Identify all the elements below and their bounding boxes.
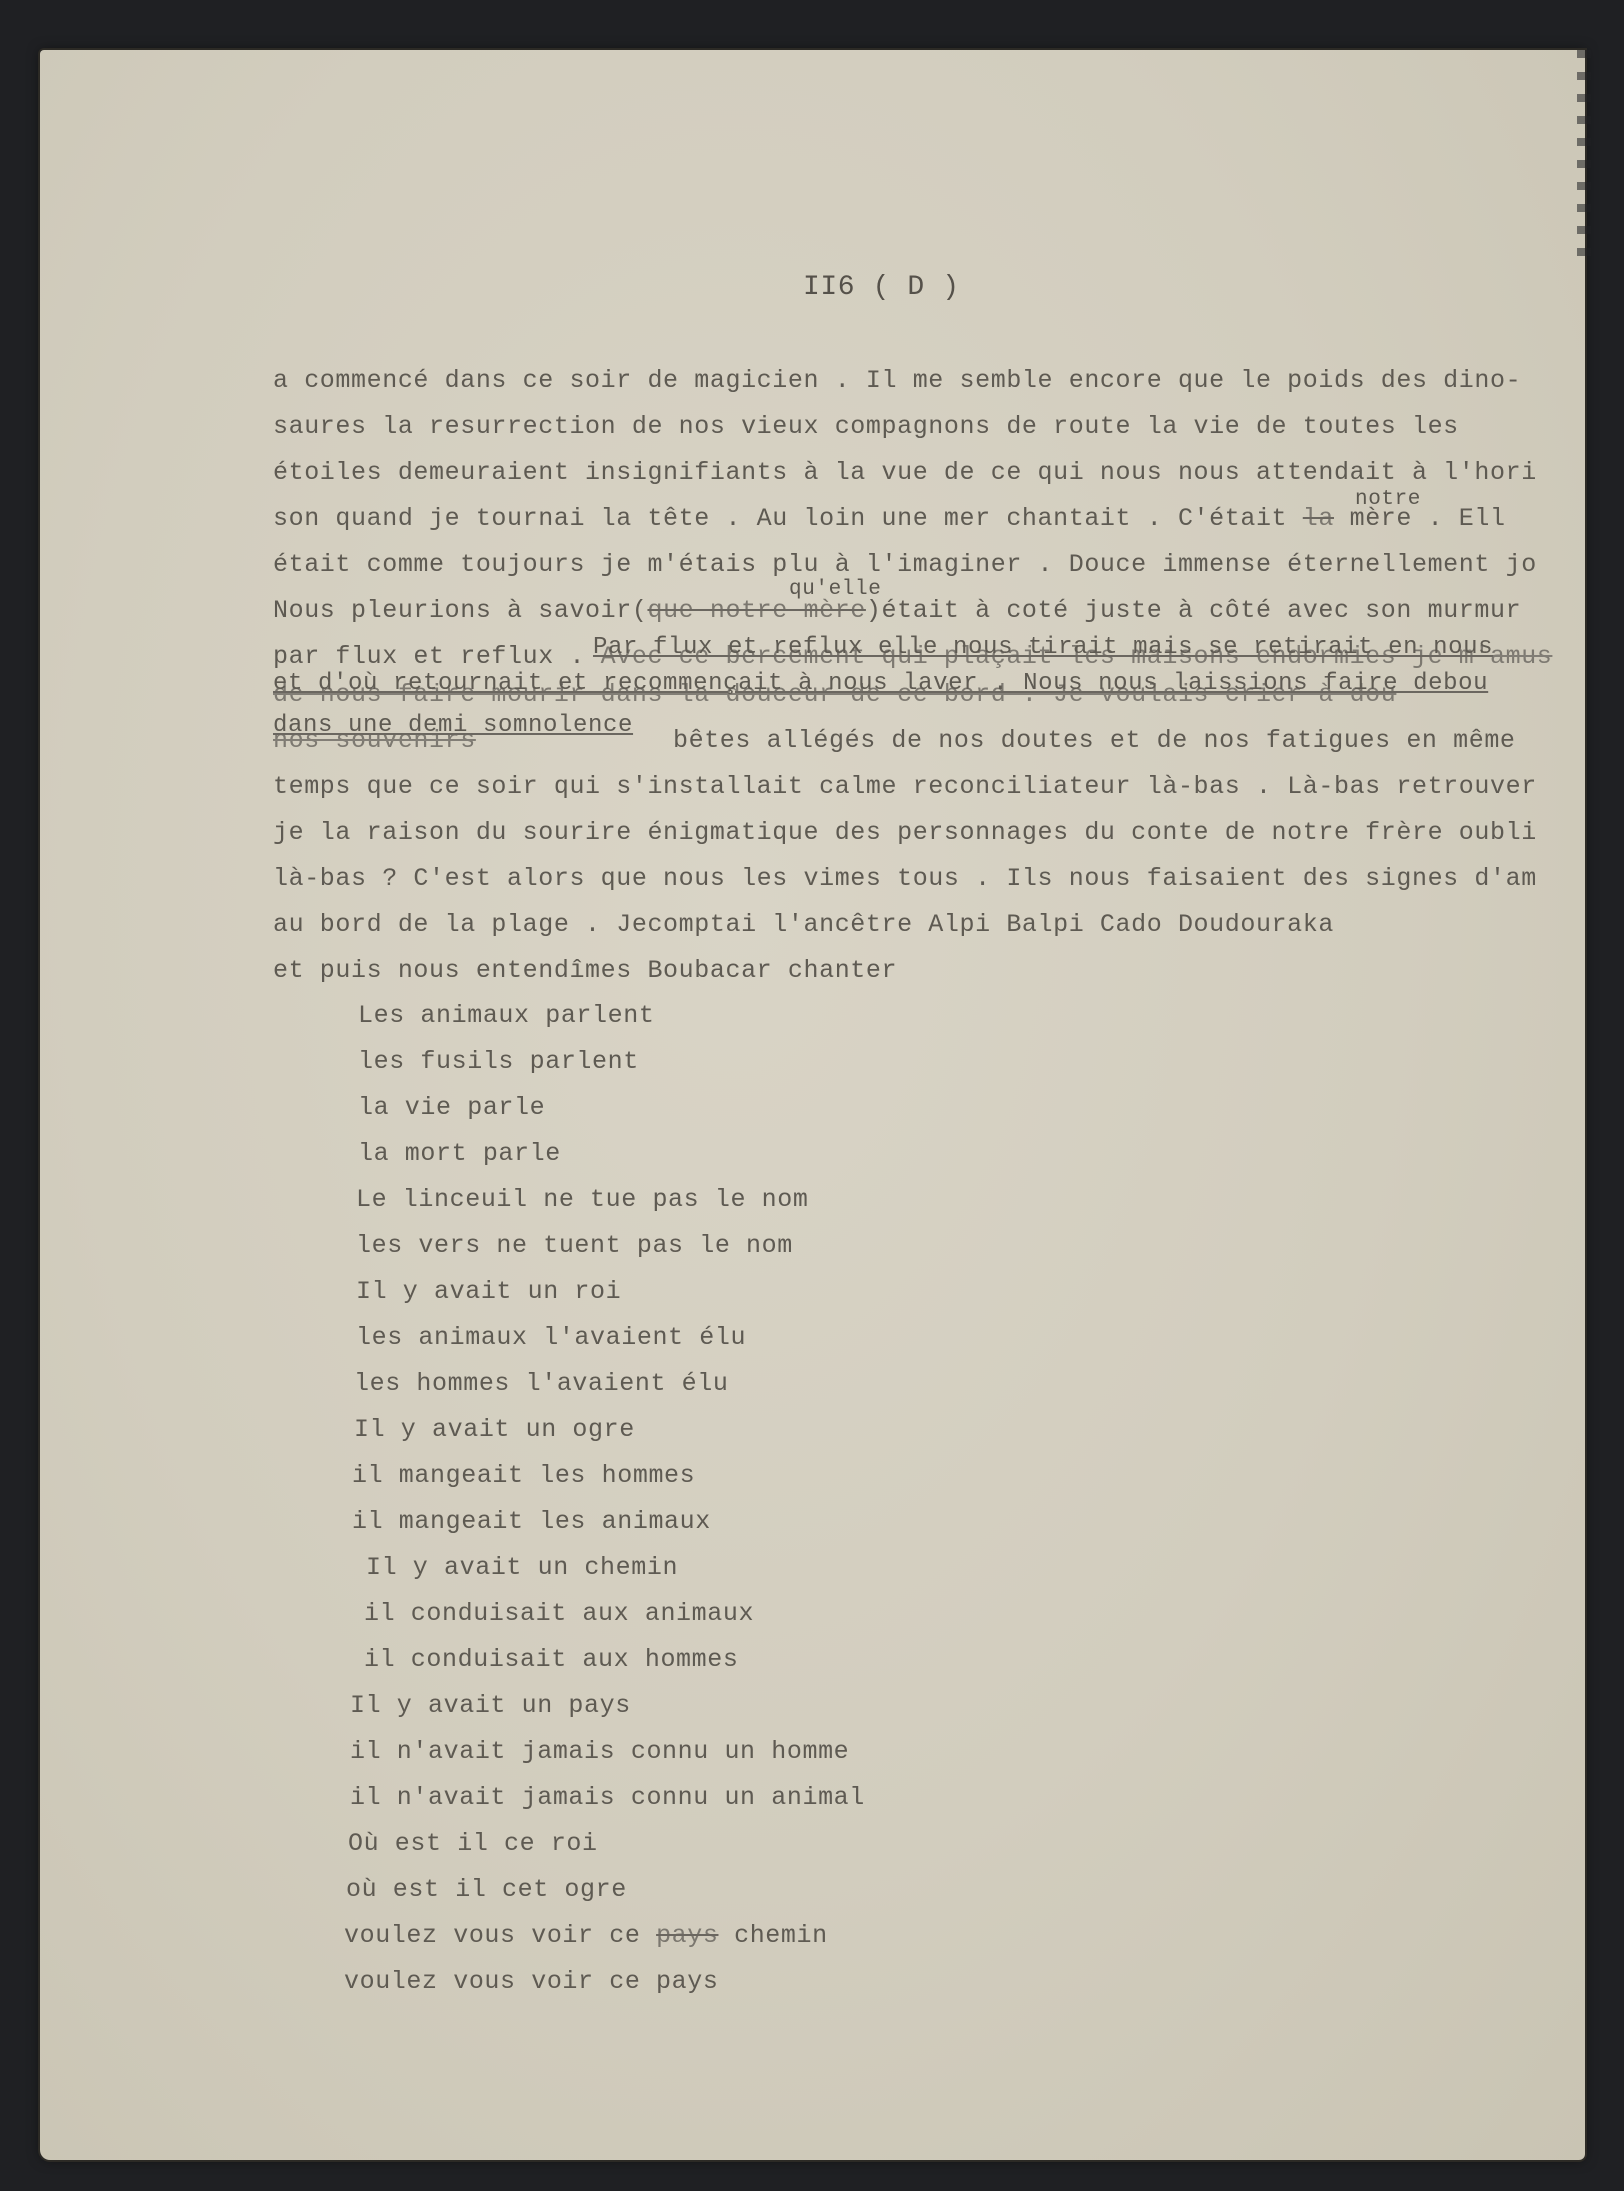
poem-line: les hommes l'avaient élu — [354, 1369, 728, 1398]
line6-text-end: )était à coté juste à côté avec son murm… — [866, 596, 1521, 625]
poem-line: Il y avait un pays — [350, 1691, 631, 1720]
prose-line-5: était comme toujours je m'étais plu à l'… — [273, 550, 1537, 579]
poem-line: la vie parle — [358, 1093, 545, 1122]
prose-line-10: temps que ce soir qui s'installait calme… — [273, 772, 1537, 801]
prose-line-2: saures la resurrection de nos vieux comp… — [273, 412, 1459, 441]
typescript-page: II6 ( D ) a commencé dans ce soir de mag… — [40, 50, 1585, 2160]
prose-line-3: étoiles demeuraient insignifiants à la v… — [273, 458, 1537, 487]
line4-text: son quand je tournai la tête . Au loin u… — [273, 504, 1303, 533]
poem-line: les animaux l'avaient élu — [356, 1323, 746, 1352]
poem-line: il mangeait les animaux — [352, 1507, 711, 1536]
poem-line: les fusils parlent — [358, 1047, 639, 1076]
prose-line-6: Nous pleurions à savoir(que notre mère)é… — [273, 596, 1521, 625]
prose-line-11: je la raison du sourire énigmatique des … — [273, 818, 1537, 847]
poem-line: Il y avait un roi — [356, 1277, 621, 1306]
poem-line: Le linceuil ne tue pas le nom — [356, 1185, 808, 1214]
interlinear-insertion: notre — [1355, 488, 1421, 511]
poem-line: il n'avait jamais connu un animal — [350, 1783, 865, 1812]
poem-line: où est il cet ogre — [346, 1875, 627, 1904]
prose-line-14: et puis nous entendîmes Boubacar chanter — [273, 956, 897, 985]
prose-line-12: là-bas ? C'est alors que nous les vimes … — [273, 864, 1537, 893]
interlinear-insertion: qu'elle — [789, 578, 881, 601]
poem-line: voulez vous voir ce pays chemin — [344, 1921, 828, 1950]
struck-word: pays — [656, 1921, 718, 1950]
poem-line: il conduisait aux hommes — [364, 1645, 738, 1674]
prose-line-4: son quand je tournai la tête . Au loin u… — [273, 504, 1506, 533]
poem-line: il n'avait jamais connu un homme — [350, 1737, 849, 1766]
poem-line: Les animaux parlent — [358, 1001, 654, 1030]
poem-line: il conduisait aux animaux — [364, 1599, 754, 1628]
poem-line: la mort parle — [358, 1139, 561, 1168]
poem-line: il mangeait les hommes — [352, 1461, 695, 1490]
line7-text: par flux et reflux . — [273, 642, 601, 671]
line6-text: Nous pleurions à savoir( — [273, 596, 647, 625]
poem-line: Il y avait un chemin — [366, 1553, 678, 1582]
prose-line-9-end: bêtes allégés de nos doutes et de nos fa… — [673, 726, 1516, 755]
page-number: II6 ( D ) — [803, 272, 960, 303]
poem-line-text: voulez vous voir ce — [344, 1921, 656, 1950]
poem-line: Il y avait un ogre — [354, 1415, 635, 1444]
overtyped-correction: et d'où retournait et recommençait à nou… — [273, 670, 1488, 697]
prose-line-1: a commencé dans ce soir de magicien . Il… — [273, 366, 1521, 395]
overtyped-correction: dans une demi somnolence — [273, 712, 633, 739]
poem-line: voulez vous voir ce pays — [344, 1967, 718, 1996]
poem-line: les vers ne tuent pas le nom — [356, 1231, 793, 1260]
overtyped-correction: Par flux et reflux elle nous tirait mais… — [593, 634, 1493, 661]
poem-line-text-end: chemin — [718, 1921, 827, 1950]
prose-line-13: au bord de la plage . Jecomptai l'ancêtr… — [273, 910, 1334, 939]
struck-word: la — [1303, 504, 1334, 533]
poem-line: Où est il ce roi — [348, 1829, 598, 1858]
